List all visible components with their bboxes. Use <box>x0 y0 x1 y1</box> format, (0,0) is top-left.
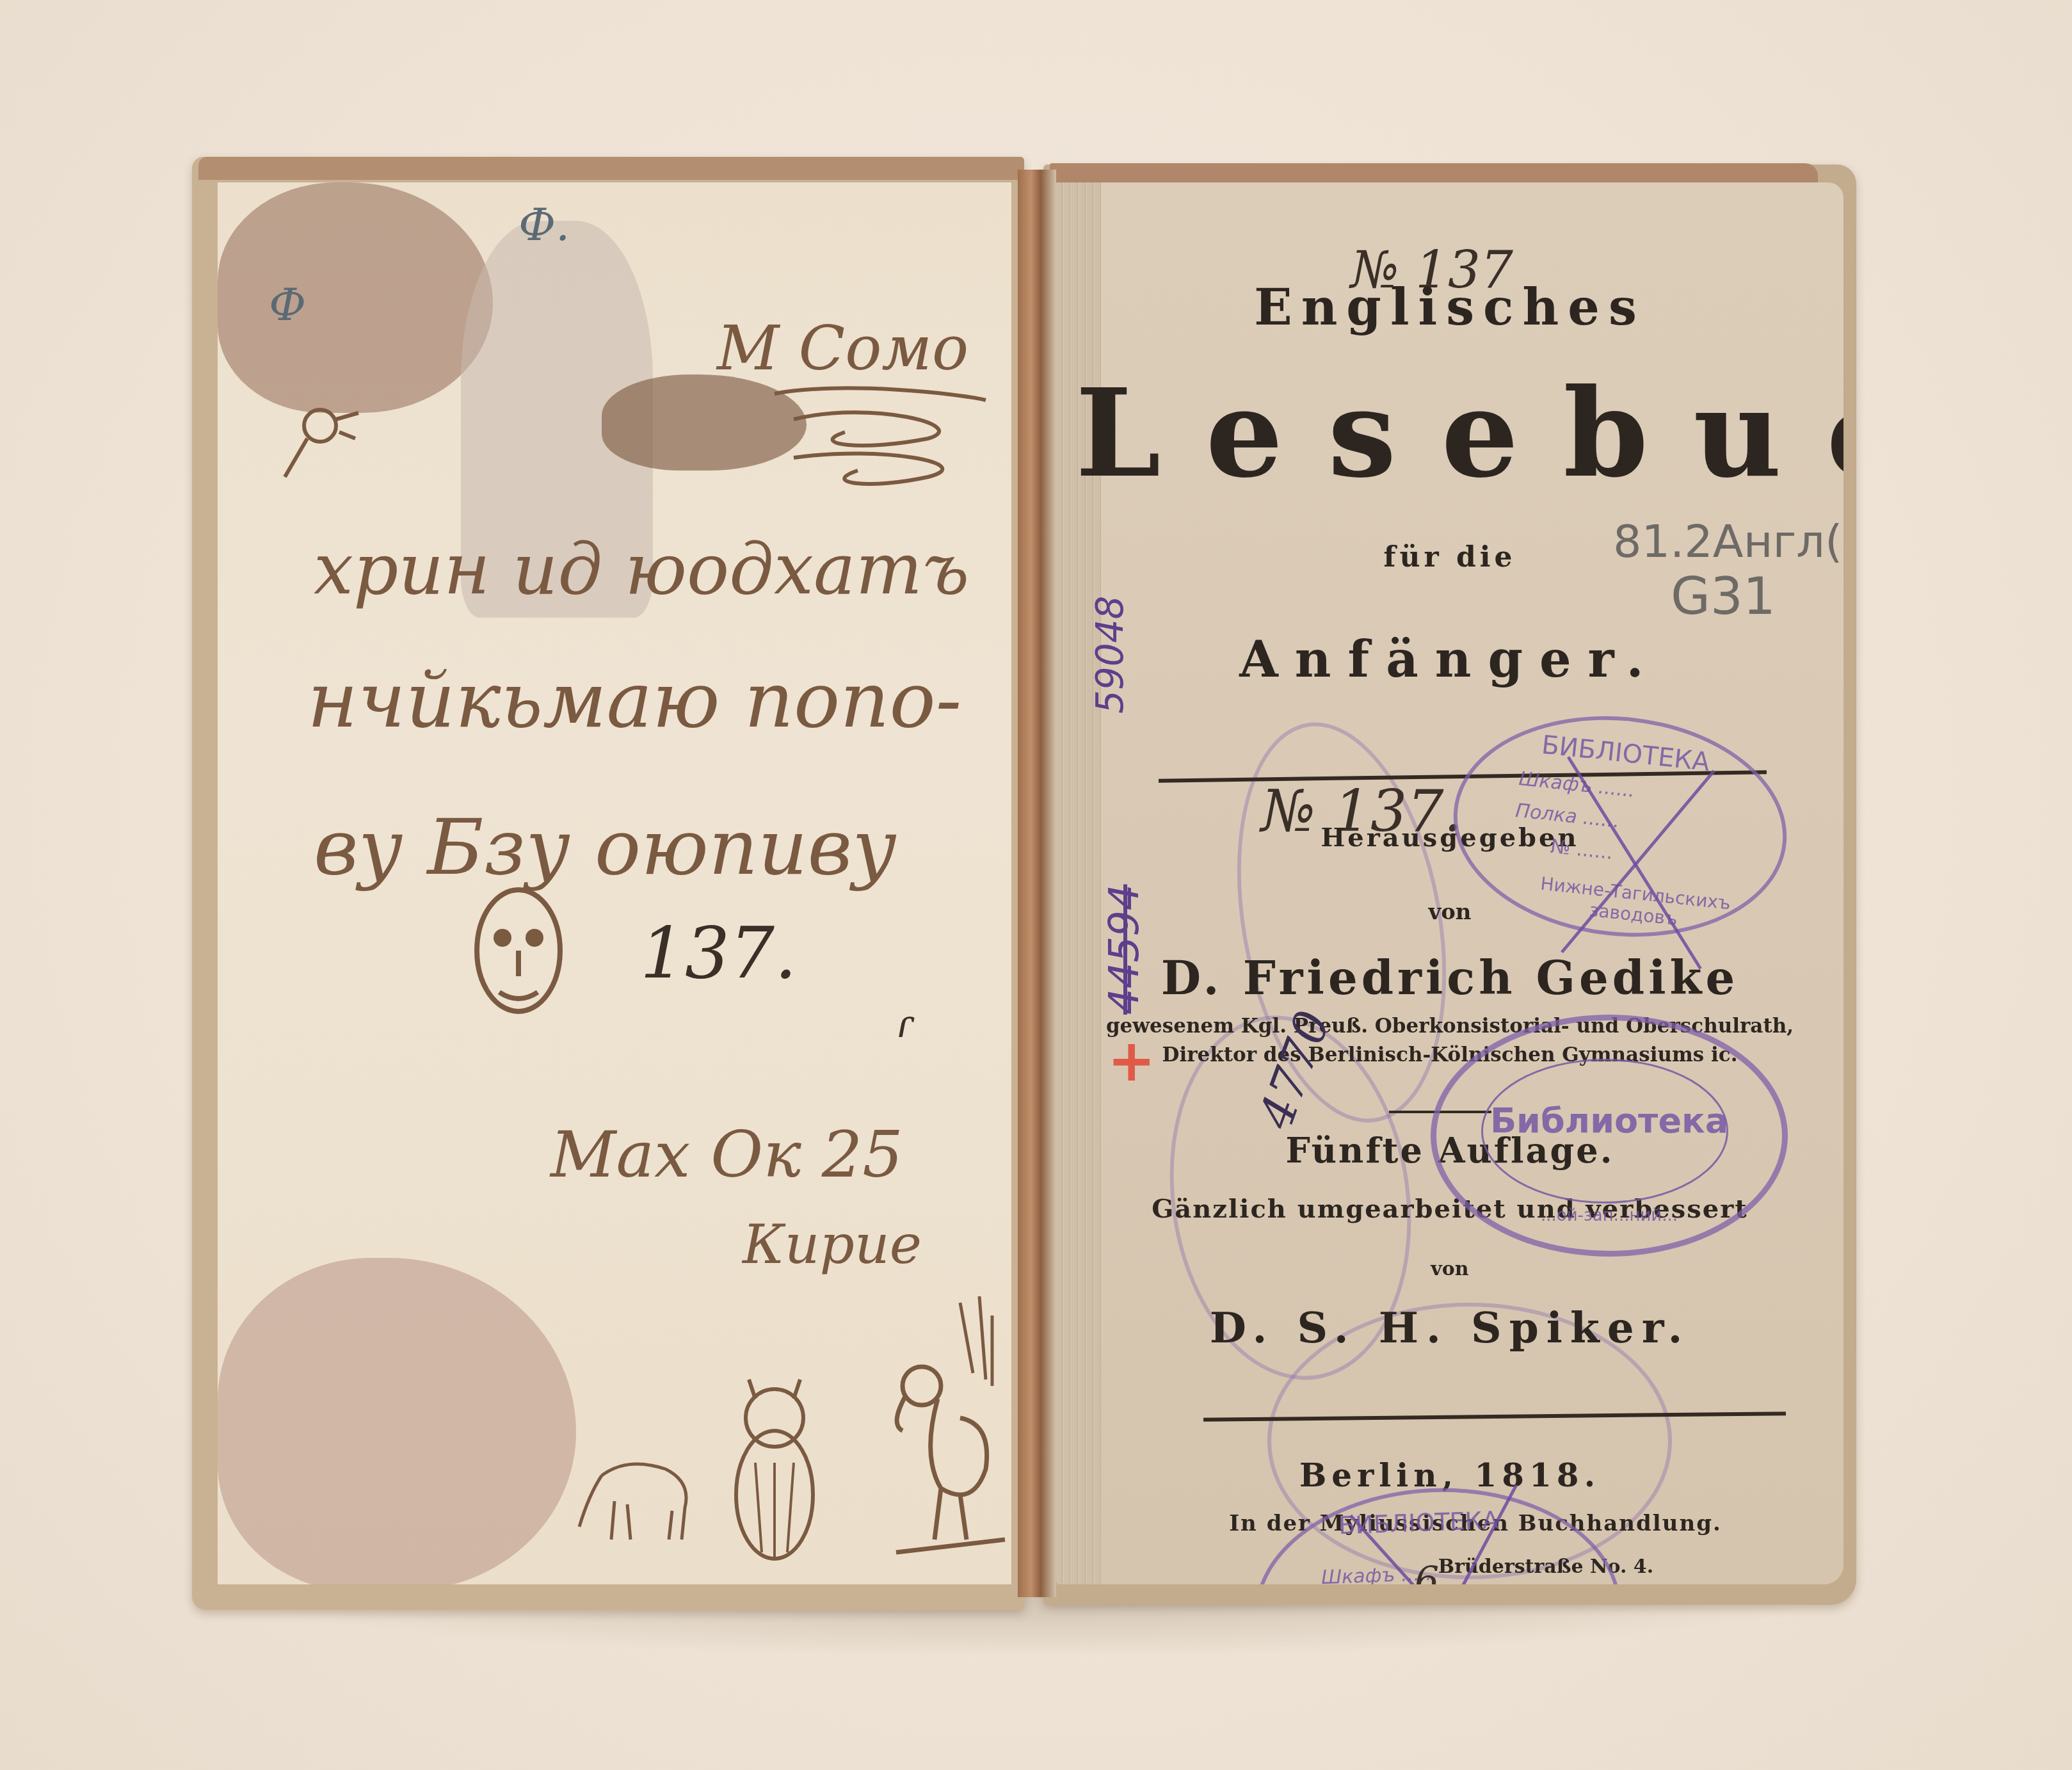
crossed-out-number: 44594 <box>1101 884 1148 1015</box>
elephant-sketch-icon <box>576 1450 704 1546</box>
von-text: von <box>1056 1258 1843 1280</box>
library-stamp-biblioteka: Библиотека ...ой-зап...ний... <box>1431 1015 1788 1257</box>
stamp-text: Нижне-Тагильскихъ заводовъ <box>1492 868 1776 940</box>
title-line-lesebuch: Lesebuch <box>1056 362 1843 504</box>
bird-head-sketch-icon <box>275 394 371 490</box>
open-book: Ф. Ф М Coмо хрин ид юодхатъ нчйкьмаю поп… <box>192 157 1856 1610</box>
stamp-text: ...ой-зап...ний... <box>1436 1206 1782 1225</box>
handwriting-top: М Coмо <box>717 314 968 384</box>
water-stain <box>218 182 493 413</box>
stamp-text: БИБЛІОТЕКА <box>1540 730 1711 777</box>
author-title-line1: gewesenem Kgl. Preuß. Oberkonsistorial- … <box>1056 1015 1843 1038</box>
book-spine <box>1018 170 1056 1597</box>
title-page: № 137 Englisches Lesebuch für die Anfäng… <box>1056 182 1843 1584</box>
flourish-icon <box>768 381 999 503</box>
stamp-text: БИБЛІОТЕКА <box>1338 1506 1500 1540</box>
red-pencil-cross: + <box>1107 1027 1155 1095</box>
ink-mark: ɾ <box>896 1002 913 1047</box>
pencil-mark: Ф. <box>518 198 570 251</box>
handwritten-mark: 6 <box>1415 1559 1439 1584</box>
water-stain <box>218 1258 576 1584</box>
left-endpaper: Ф. Ф М Coмо хрин ид юодхатъ нчйкьмаю поп… <box>218 182 1011 1584</box>
handwritten-signature: Кирие <box>743 1213 922 1276</box>
owl-sketch-icon <box>717 1367 832 1578</box>
vertical-catalog-number: 59048 <box>1088 595 1132 714</box>
handwritten-date: Мах Ок 25 <box>550 1117 903 1192</box>
editor-name: D. S. H. Spiker. <box>1056 1303 1843 1353</box>
title-line-anfanger: Anfänger. <box>1056 631 1843 689</box>
pencil-shelfmark: 81.2Англ(97) <box>1613 515 1843 568</box>
title-line-englisches: Englisches <box>1056 278 1843 337</box>
pelican-sketch-icon <box>883 1296 1011 1565</box>
handwritten-number: 137. <box>640 912 797 994</box>
handwriting-line: нчйкьмаю попо- <box>307 656 961 745</box>
stamp-text: № ...... <box>1549 835 1614 864</box>
handwriting-line: ву Бзу оюпиву <box>314 803 897 892</box>
pencil-shelfmark: G31 <box>1671 567 1776 626</box>
right-cover-edge <box>1050 163 1818 182</box>
handwriting-line: хрин ид юодхатъ <box>314 528 969 610</box>
stamp-text: Библиотека <box>1436 1100 1782 1141</box>
left-cover-edge <box>198 157 1024 180</box>
pencil-mark: Ф <box>269 278 306 331</box>
face-sketch-icon <box>461 880 576 1027</box>
author-name: D. Friedrich Gedike <box>1056 951 1843 1005</box>
